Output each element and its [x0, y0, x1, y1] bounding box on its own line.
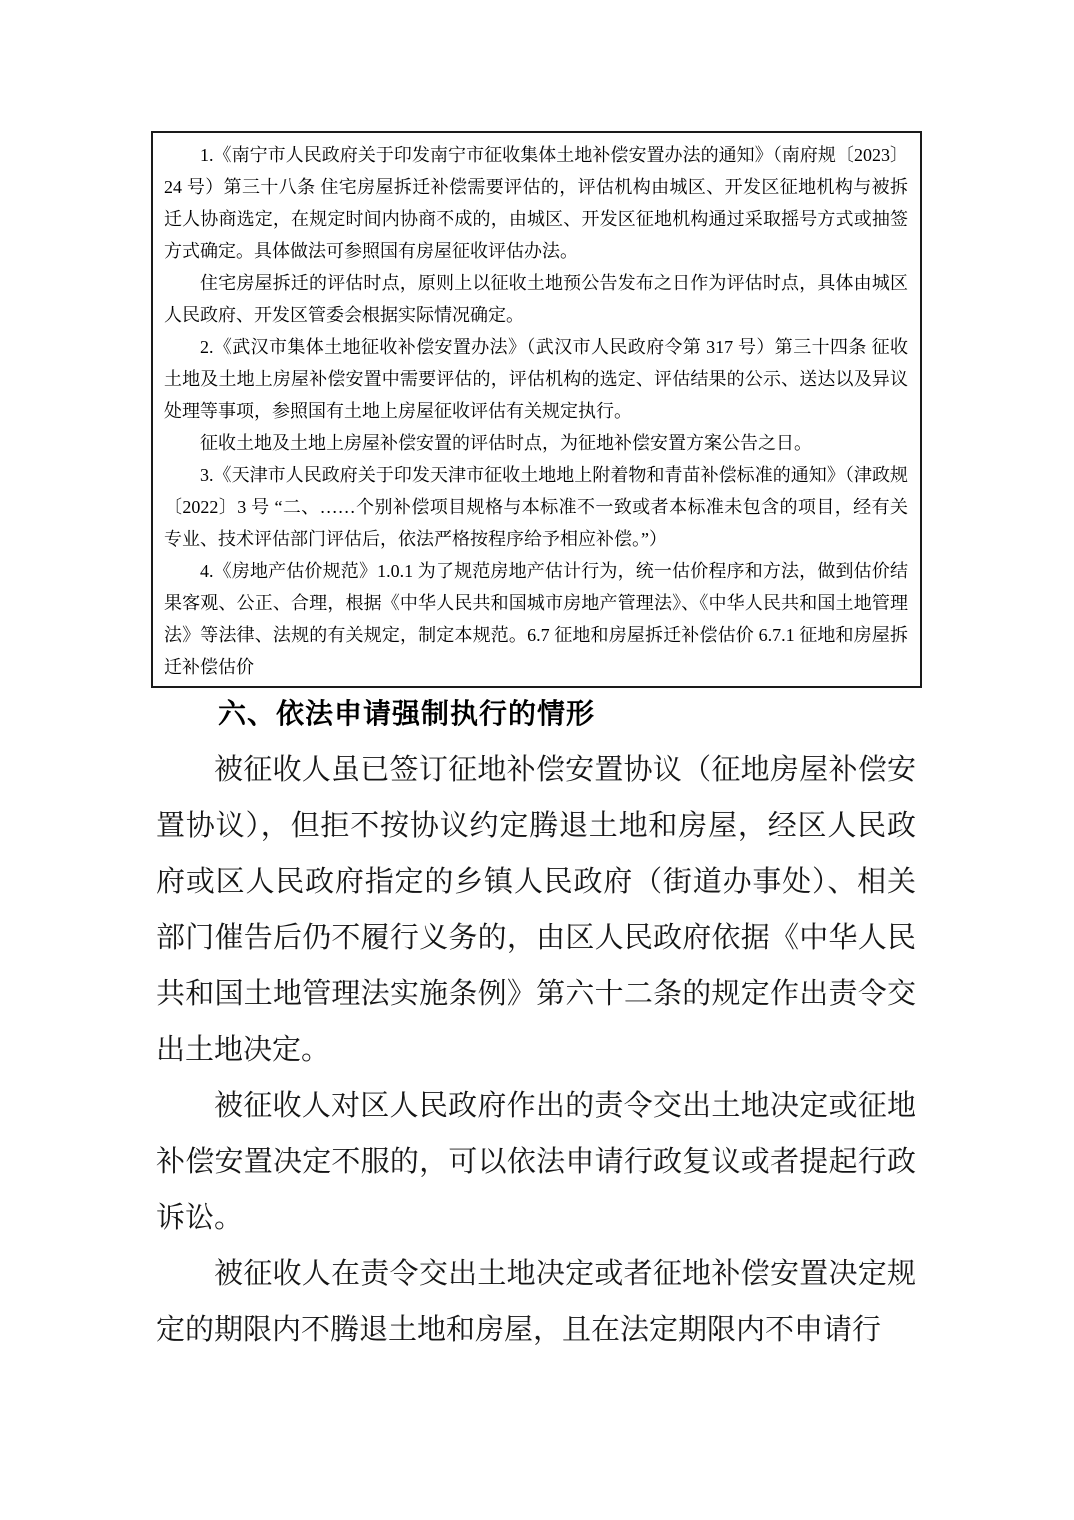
section-heading: 六、依法申请强制执行的情形 — [151, 694, 989, 734]
body-paragraph-1: 被征收人虽已签订征地补偿安置协议（征地房屋补偿安置协议），但拒不按协议约定腾退土… — [156, 742, 916, 1078]
reference-item-1: 1.《南宁市人民政府关于印发南宁市征收集体土地补偿安置办法的通知》（南府规〔20… — [164, 139, 908, 267]
document-page: 1.《南宁市人民政府关于印发南宁市征收集体土地补偿安置办法的通知》（南府规〔20… — [0, 0, 1074, 1520]
reference-item-1-note: 住宅房屋拆迁的评估时点，原则上以征收土地预公告发布之日作为评估时点，具体由城区人… — [164, 267, 908, 331]
body-paragraph-2: 被征收人对区人民政府作出的责令交出土地决定或征地补偿安置决定不服的，可以依法申请… — [156, 1078, 916, 1246]
reference-item-2: 2.《武汉市集体土地征收补偿安置办法》（武汉市人民政府令第 317 号）第三十四… — [164, 331, 908, 427]
body-paragraph-3: 被征收人在责令交出土地决定或者征地补偿安置决定规定的期限内不腾退土地和房屋，且在… — [156, 1246, 916, 1358]
reference-item-4: 4.《房地产估价规范》1.0.1 为了规范房地产估计行为，统一估价程序和方法，做… — [164, 555, 908, 683]
section-body: 被征收人虽已签订征地补偿安置协议（征地房屋补偿安置协议），但拒不按协议约定腾退土… — [156, 742, 916, 1358]
reference-item-3: 3.《天津市人民政府关于印发天津市征收土地地上附着物和青苗补偿标准的通知》（津政… — [164, 459, 908, 555]
reference-box: 1.《南宁市人民政府关于印发南宁市征收集体土地补偿安置办法的通知》（南府规〔20… — [151, 131, 922, 688]
reference-item-2-note: 征收土地及土地上房屋补偿安置的评估时点，为征地补偿安置方案公告之日。 — [164, 427, 908, 459]
